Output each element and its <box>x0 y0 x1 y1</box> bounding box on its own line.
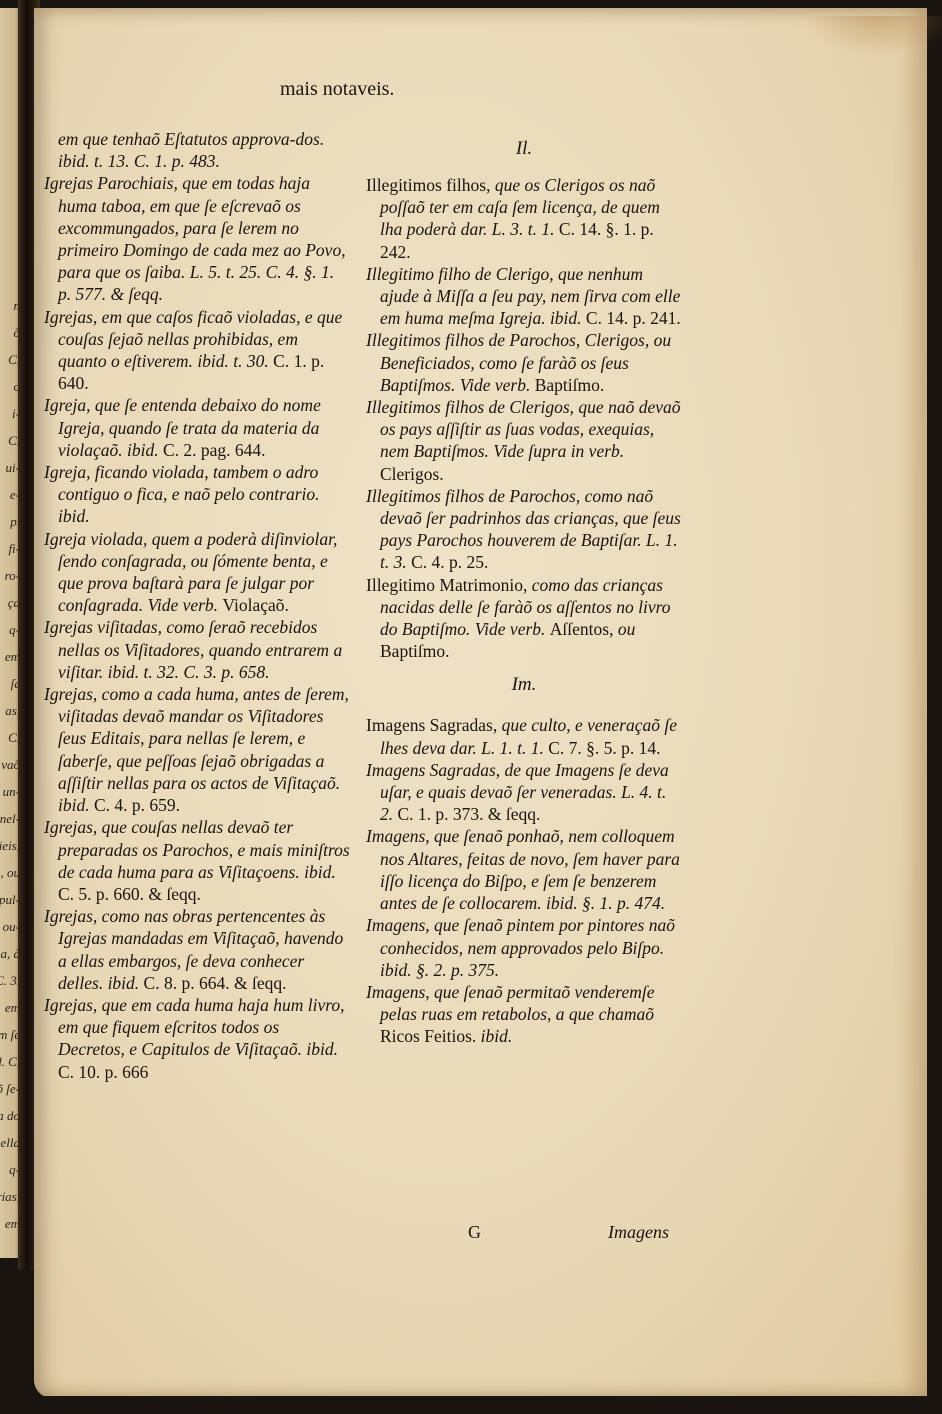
entry-text: Igreja violada, quem a poderà diſinviola… <box>44 529 337 616</box>
index-entry: Igrejas, como nas obras pertencentes às … <box>44 905 350 994</box>
entry-text: Clerigos. <box>380 464 444 484</box>
index-entry: Igrejas, que couſas nellas devaõ ter pre… <box>44 816 350 905</box>
index-entry: Illegitimos filhos, que os Clerigos os n… <box>366 174 682 263</box>
entry-text: ibid. <box>481 1026 513 1046</box>
index-entry: Imagens, que ſenaõ permitaõ venderemſe p… <box>366 981 682 1048</box>
entry-text: Baptiſmo. <box>535 375 605 395</box>
index-entry: Illegitimo filho de Clerigo, que nenhum … <box>366 263 682 330</box>
entry-text: Aſſentos, <box>550 619 618 639</box>
entry-text: C. 4. p. 25. <box>411 552 488 572</box>
entry-text: Illegitimos filhos de Parochos, Clerigos… <box>366 330 671 394</box>
previous-page-text-fragment: d. C. <box>0 1054 20 1070</box>
entry-text: Illegitimos filhos, <box>366 175 495 195</box>
entry-text: Igrejas viſitadas, como ſeraõ recebidos … <box>44 617 342 681</box>
entry-text: Illegitimo Matrimonio, <box>366 575 532 595</box>
entry-text: Baptiſmo. <box>380 641 450 661</box>
index-entry: em que tenhaõ Eſtatutos approva-dos. ibi… <box>44 128 350 172</box>
index-entry: Imagens Sagradas, de que Imagens ſe deva… <box>366 759 682 826</box>
entry-text: Igrejas Parochiais, que em todas haja hu… <box>44 173 346 304</box>
previous-page-text-fragment: õ ſe- <box>0 1081 20 1097</box>
entry-text: Igrejas, que couſas nellas devaõ ter pre… <box>44 817 350 881</box>
section-heading-il: Il. <box>366 138 682 160</box>
signature-mark: G <box>468 1222 481 1243</box>
previous-page-text-fragment: nel- <box>0 811 20 827</box>
entry-text: C. 14. p. 241. <box>586 308 681 328</box>
section-heading-im: Im. <box>366 674 682 696</box>
entry-text: Illegitimos filhos de Clerigos, que naõ … <box>366 397 680 461</box>
index-entry: Igreja, que ſe entenda debaixo do nome I… <box>44 394 350 461</box>
index-entry: Imagens Sagradas, que culto, e veneraçaõ… <box>366 714 682 758</box>
entry-text: C. 2. pag. 644. <box>163 440 266 460</box>
index-entry: Igreja, ficando violada, tambem o adro c… <box>44 461 350 528</box>
entry-text: em que tenhaõ Eſtatutos approva-dos. ibi… <box>58 129 324 171</box>
index-entry: Illegitimos filhos de Parochos, como naõ… <box>366 485 682 574</box>
index-entry: Imagens, que ſenaõ pintem por pintores n… <box>366 914 682 981</box>
entry-text: C. 4. p. 659. <box>94 795 180 815</box>
catchword: Imagens <box>608 1222 669 1243</box>
previous-page-text-fragment: em ſe <box>0 1027 20 1043</box>
index-entry: Imagens, que ſenaõ ponhaõ, nem colloquem… <box>366 825 682 914</box>
entry-text: Imagens, que ſenaõ permitaõ venderemſe p… <box>366 982 655 1024</box>
entry-text: C. 8. p. 664. & ſeqq. <box>144 973 287 993</box>
previous-page-text-fragment: ieis, <box>0 838 20 854</box>
entry-text: Igrejas, como a cada huma, antes de ſere… <box>44 684 349 815</box>
entry-text: Imagens, que ſenaõ ponhaõ, nem colloquem… <box>366 826 680 913</box>
entry-text: Violaçaõ. <box>222 595 289 615</box>
water-stain <box>804 16 942 56</box>
left-column: em que tenhaõ Eſtatutos approva-dos. ibi… <box>44 128 350 1083</box>
index-entry: Igreja violada, quem a poderà diſinviola… <box>44 528 350 617</box>
il-entries: Illegitimos filhos, que os Clerigos os n… <box>366 174 682 662</box>
entry-text: Imagens Sagradas, <box>366 715 502 735</box>
entry-text: ou <box>618 619 636 639</box>
previous-page-text-fragment: pella <box>0 1135 20 1151</box>
entry-text: C. 7. §. 5. p. 14. <box>548 738 660 758</box>
index-entry: Igrejas, como a cada huma, antes de ſere… <box>44 683 350 816</box>
index-entry: Illegitimos filhos de Parochos, Clerigos… <box>366 329 682 396</box>
previous-page-text-fragment: pul- <box>0 892 20 908</box>
entry-text: C. 10. p. 666 <box>58 1062 148 1082</box>
previous-page-text-fragment: rias, <box>0 1189 20 1205</box>
entry-text: Igreja, ficando violada, tambem o adro c… <box>44 462 320 526</box>
entry-text: C. 5. p. 660. & ſeqq. <box>58 884 201 904</box>
index-entry: Igrejas, em que caſos ficaõ violadas, e … <box>44 306 350 395</box>
entry-text: Imagens, que ſenaõ pintem por pintores n… <box>366 915 675 979</box>
index-entry: Igrejas, que em cada huma haja hum livro… <box>44 994 350 1083</box>
index-entry: Illegitimo Matrimonio, como das crianças… <box>366 574 682 663</box>
page-bottom-shadow <box>34 1396 927 1414</box>
previous-page-text-fragment: C. 3. <box>0 973 20 989</box>
entry-text: Igrejas, que em cada huma haja hum livro… <box>44 995 345 1059</box>
im-entries: Imagens Sagradas, que culto, e veneraçaõ… <box>366 714 682 1047</box>
right-column: Il. Illegitimos filhos, que os Clerigos … <box>366 138 682 1048</box>
previous-page-text-fragment: a do <box>0 1108 20 1124</box>
entry-text: Ricos Feitios. <box>380 1026 481 1046</box>
entry-text: C. 1. p. 373. & ſeqq. <box>398 804 541 824</box>
running-head: mais notaveis. <box>280 78 394 101</box>
index-entry: Igrejas viſitadas, como ſeraõ recebidos … <box>44 616 350 683</box>
index-entry: Illegitimos filhos de Clerigos, que naõ … <box>366 396 682 485</box>
index-entry: Igrejas Parochiais, que em todas haja hu… <box>44 172 350 305</box>
